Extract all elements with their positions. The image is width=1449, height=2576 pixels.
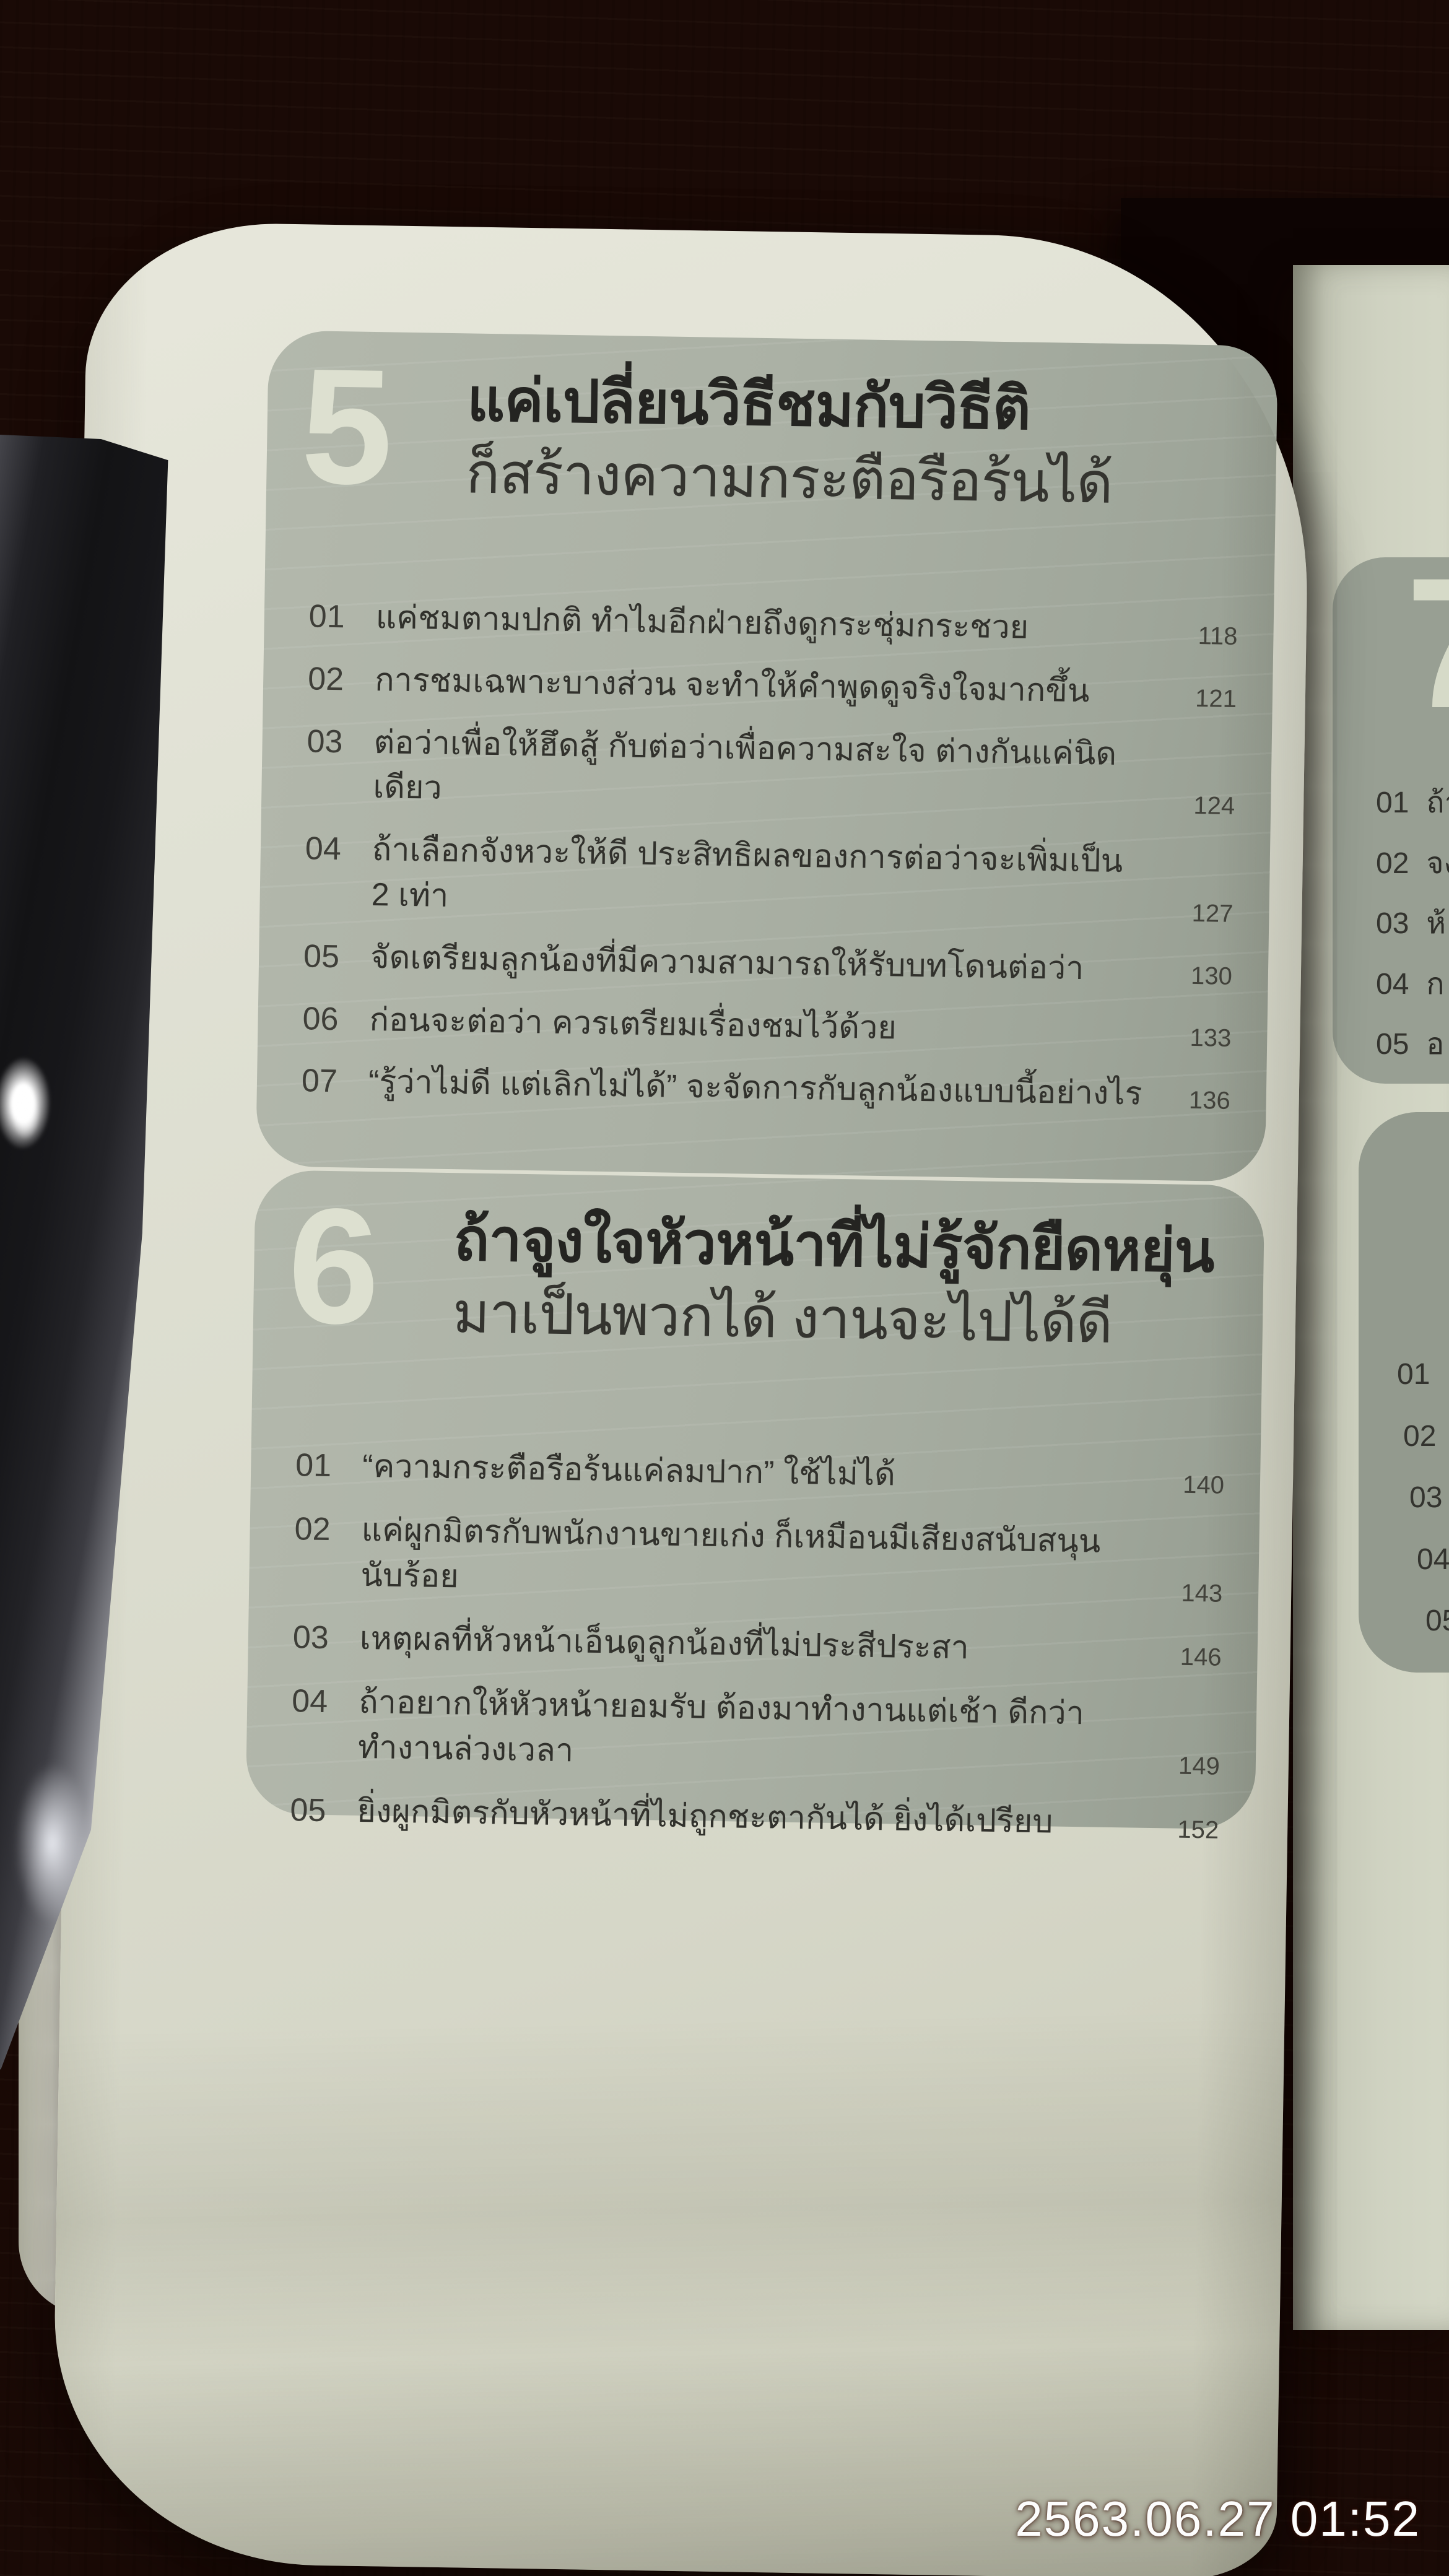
item-text: ต่อว่าเพื่อให้ฮึดสู้ กับต่อว่าเพื่อความส… xyxy=(373,720,1185,823)
item-text: ก xyxy=(1426,967,1444,1003)
item-number: 02 xyxy=(1403,1419,1436,1455)
toc-item: 03เหตุผลที่หัวหน้าเอ็นดูลูกน้องที่ไม่ประ… xyxy=(292,1616,1222,1675)
facing-page-edge: 7 01ถ้า 02จง 03ห้ 04ก 05อ 8 01 02 03 04 … xyxy=(1293,265,1449,2330)
toc-item: 05ยิ่งผูกมิตรกับหัวหน้าที่ไม่ถูกชะตากันไ… xyxy=(290,1788,1219,1847)
chapter5-title-line1: แค่เปลี่ยนวิธีชมกับวิธีติ xyxy=(466,363,1114,448)
item-page-number: 143 xyxy=(1172,1580,1223,1611)
chapter5-title-line2: ก็สร้างความกระตือรือร้นได้ xyxy=(466,438,1113,519)
chapter6-section: 6 ถ้าจูงใจหัวหน้าที่ไม่รู้จักยืดหยุ่น มา… xyxy=(245,1170,1264,1829)
chapter6-items: 01“ความกระตือรือร้นแค่ลมปาก” ใช้ไม่ได้14… xyxy=(290,1443,1225,1847)
item-page-number: 146 xyxy=(1170,1643,1222,1675)
camera-timestamp: 2563.06.27 01:52 xyxy=(1015,2491,1421,2548)
chapter6-title-line2: มาเป็นพวกได้ งานจะไปได้ดี xyxy=(452,1278,1213,1360)
toc-item: 02 xyxy=(1403,1419,1449,1455)
item-text: ถ้าอยากให้หัวหน้ายอมรับ ต้องมาทำงานแต่เช… xyxy=(358,1680,1170,1783)
item-number: 05 xyxy=(1376,1027,1409,1063)
item-number: 01 xyxy=(308,594,376,640)
item-page-number: 124 xyxy=(1184,792,1235,824)
toc-item: 02การชมเฉพาะบางส่วน จะทำให้คำพูดดูจริงใจ… xyxy=(308,656,1237,716)
toc-item: 05อ xyxy=(1376,1027,1449,1063)
chapter6-title: ถ้าจูงใจหัวหน้าที่ไม่รู้จักยืดหยุ่น มาเป… xyxy=(452,1203,1214,1360)
item-number: 04 xyxy=(292,1679,359,1725)
toc-item: 03ห้ xyxy=(1376,906,1449,942)
item-text: การชมเฉพาะบางส่วน จะทำให้คำพูดดูจริงใจมา… xyxy=(375,658,1186,715)
item-page-number: 136 xyxy=(1179,1087,1230,1118)
item-page-number: 130 xyxy=(1181,962,1232,993)
chapter8-section: 8 01 02 03 04 05 xyxy=(1359,1112,1449,1673)
item-text: เหตุผลที่หัวหน้าเอ็นดูลูกน้องที่ไม่ประสี… xyxy=(359,1616,1171,1674)
item-text: “รู้ว่าไม่ดี แต่เลิกไม่ได้” จะจัดการกับล… xyxy=(368,1060,1180,1117)
item-page-number: 149 xyxy=(1168,1752,1220,1783)
item-number: 01 xyxy=(1376,785,1409,821)
toc-item: 05จัดเตรียมลูกน้องที่มีความสามารถให้รับบ… xyxy=(303,934,1233,993)
toc-item: 04ถ้าอยากให้หัวหน้ายอมรับ ต้องมาทำงานแต่… xyxy=(291,1679,1221,1783)
item-text: ถ้า xyxy=(1426,785,1449,821)
toc-item: 04ถ้าเลือกจังหวะให้ดี ประสิทธิผลของการต่… xyxy=(304,827,1234,931)
toc-item: 05 xyxy=(1425,1603,1449,1639)
chapter8-items: 01 02 03 04 05 xyxy=(1397,1357,1449,1639)
item-page-number: 133 xyxy=(1180,1024,1232,1056)
item-number: 02 xyxy=(308,656,375,702)
chapter7-number: 7 xyxy=(1406,550,1449,736)
toc-item: 07“รู้ว่าไม่ดี แต่เลิกไม่ได้” จะจัดการกั… xyxy=(301,1059,1230,1118)
chapter5-title: แค่เปลี่ยนวิธีชมกับวิธีติ ก็สร้างความกระ… xyxy=(466,363,1115,519)
item-number: 03 xyxy=(307,719,374,765)
toc-item: 02แค่ผูกมิตรกับพนักงานขายเก่ง ก็เหมือนมี… xyxy=(294,1507,1224,1611)
chapter7-section: 7 01ถ้า 02จง 03ห้ 04ก 05อ xyxy=(1333,557,1449,1084)
item-text: จง xyxy=(1426,846,1449,882)
toc-item: 01ถ้า xyxy=(1376,785,1449,821)
chapter6-number: 6 xyxy=(287,1184,376,1349)
toc-item: 03ต่อว่าเพื่อให้ฮึดสู้ กับต่อว่าเพื่อควา… xyxy=(306,719,1236,824)
item-text: ห้ xyxy=(1426,906,1446,942)
item-number: 01 xyxy=(1397,1357,1430,1393)
chapter7-items: 01ถ้า 02จง 03ห้ 04ก 05อ xyxy=(1376,785,1449,1063)
item-number: 03 xyxy=(292,1616,360,1661)
book-photo: 7 01ถ้า 02จง 03ห้ 04ก 05อ 8 01 02 03 04 … xyxy=(0,0,1449,2576)
item-number: 02 xyxy=(1376,846,1409,882)
toc-item: 03 xyxy=(1409,1480,1449,1516)
toc-item: 04ก xyxy=(1376,967,1449,1003)
toc-item: 06ก่อนจะต่อว่า ควรเตรียมเรื่องชมไว้ด้วย1… xyxy=(302,996,1232,1056)
item-number: 05 xyxy=(290,1788,357,1834)
item-text: “ความกระตือรือร้นแค่ลมปาก” ใช้ไม่ได้ xyxy=(362,1444,1174,1502)
toc-item: 04 xyxy=(1417,1542,1449,1578)
table-of-contents-page: 5 แค่เปลี่ยนวิธีชมกับวิธีติ ก็สร้างความก… xyxy=(51,221,1312,2576)
item-page-number: 121 xyxy=(1185,684,1237,716)
item-text: อ xyxy=(1426,1027,1444,1063)
chapter5-section: 5 แค่เปลี่ยนวิธีชมกับวิธีติ ก็สร้างความก… xyxy=(256,330,1278,1181)
toc-item: 01“ความกระตือรือร้นแค่ลมปาก” ใช้ไม่ได้14… xyxy=(295,1443,1225,1502)
item-number: 05 xyxy=(303,934,371,980)
item-number: 04 xyxy=(1376,967,1409,1003)
item-number: 03 xyxy=(1376,906,1409,942)
chapter5-items: 01แค่ชมตามปกติ ทำไมอีกฝ่ายถึงดูกระชุ่มกร… xyxy=(301,594,1238,1118)
chapter5-number: 5 xyxy=(300,344,389,510)
item-page-number: 118 xyxy=(1186,622,1238,653)
toc-item: 01แค่ชมตามปกติ ทำไมอีกฝ่ายถึงดูกระชุ่มกร… xyxy=(308,594,1238,653)
item-page-number: 127 xyxy=(1182,899,1234,931)
item-number: 04 xyxy=(305,827,372,872)
item-number: 07 xyxy=(301,1059,368,1105)
item-number: 05 xyxy=(1425,1603,1449,1639)
item-number: 06 xyxy=(302,996,370,1042)
item-number: 02 xyxy=(294,1507,362,1552)
item-text: ยิ่งผูกมิตรกับหัวหน้าที่ไม่ถูกชะตากันได้… xyxy=(357,1789,1168,1847)
chapter6-title-line1: ถ้าจูงใจหัวหน้าที่ไม่รู้จักยืดหยุ่น xyxy=(453,1203,1214,1290)
item-number: 04 xyxy=(1417,1542,1449,1578)
toc-item: 01 xyxy=(1397,1357,1449,1393)
item-text: ก่อนจะต่อว่า ควรเตรียมเรื่องชมไว้ด้วย xyxy=(369,998,1181,1055)
item-number: 03 xyxy=(1409,1480,1442,1516)
item-text: ถ้าเลือกจังหวะให้ดี ประสิทธิผลของการต่อว… xyxy=(371,827,1183,930)
toc-item: 02จง xyxy=(1376,846,1449,882)
item-page-number: 140 xyxy=(1173,1471,1225,1502)
item-text: จัดเตรียมลูกน้องที่มีความสามารถให้รับบทโ… xyxy=(370,935,1182,993)
item-number: 01 xyxy=(295,1443,363,1489)
item-page-number: 152 xyxy=(1168,1816,1219,1847)
item-text: แค่ชมตามปกติ ทำไมอีกฝ่ายถึงดูกระชุ่มกระช… xyxy=(375,595,1187,653)
item-text: แค่ผูกมิตรกับพนักงานขายเก่ง ก็เหมือนมีเส… xyxy=(360,1508,1173,1611)
